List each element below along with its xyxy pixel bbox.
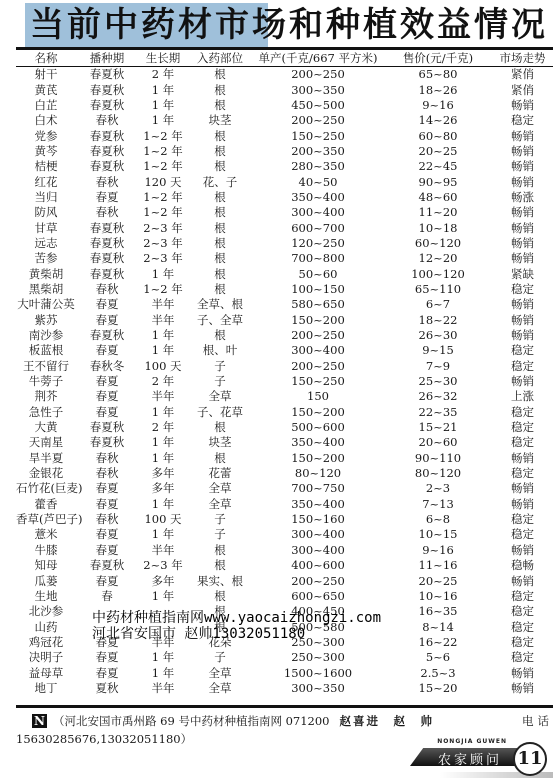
- table-cell: 多年: [138, 481, 188, 496]
- table-cell: 根: [188, 128, 252, 143]
- page-title: 当前中药材市场和种植效益情况: [0, 0, 553, 50]
- table-cell: 全草、根: [188, 297, 252, 312]
- table-cell: 稳定: [492, 619, 553, 634]
- table-cell: 700~750: [252, 481, 384, 496]
- table-cell: 畅销: [492, 159, 553, 174]
- table-cell: 60~80: [384, 128, 492, 143]
- table-cell: 200~250: [252, 113, 384, 128]
- table-row: 藿香春夏1 年全草350~4007~13畅销: [16, 497, 553, 512]
- table-cell: 益母草: [16, 665, 76, 680]
- table-cell: 1~2 年: [138, 190, 188, 205]
- table-cell: 黑柴胡: [16, 282, 76, 297]
- table-cell: 畅销: [492, 497, 553, 512]
- table-row: 防风春秋1~2 年根300~40011~20畅销: [16, 205, 553, 220]
- table-cell: 半年: [138, 297, 188, 312]
- table-cell: 90~95: [384, 174, 492, 189]
- table-cell: 150~250: [252, 374, 384, 389]
- table-cell: 1 年: [138, 451, 188, 466]
- table-cell: 16~22: [384, 635, 492, 650]
- table-cell: 春夏: [76, 313, 138, 328]
- table-cell: 春夏: [76, 481, 138, 496]
- table-cell: 1~2 年: [138, 144, 188, 159]
- table-cell: 20~60: [384, 435, 492, 450]
- table-cell: 稳定: [492, 420, 553, 435]
- table-row: 急性子春夏1 年子、花草150~20022~35稳定: [16, 405, 553, 420]
- column-header: 售价(元/千克): [384, 50, 492, 67]
- table-cell: 子: [188, 359, 252, 374]
- table-cell: 春夏秋: [76, 558, 138, 573]
- table-cell: 根: [188, 98, 252, 113]
- table-cell: 150~160: [252, 512, 384, 527]
- table-cell: 半年: [138, 543, 188, 558]
- table-cell: 春夏: [76, 543, 138, 558]
- table-cell: 春秋: [76, 512, 138, 527]
- table-cell: 果实、根: [188, 573, 252, 588]
- table-cell: 畅销: [492, 128, 553, 143]
- column-header: 播种期: [76, 50, 138, 67]
- table-cell: 稳定: [492, 635, 553, 650]
- watermark-line-1: 中药材种植指南网www.yaocaizhongzi.com: [92, 610, 381, 626]
- table-cell: 南沙参: [16, 328, 76, 343]
- table-row: 桔梗春夏秋1~2 年根280~35022~45畅销: [16, 159, 553, 174]
- footer-address: （河北安国市禹州路 69 号中药材种植指南网 071200: [53, 714, 330, 728]
- table-cell: 根: [188, 328, 252, 343]
- table-cell: 2 年: [138, 67, 188, 83]
- table-cell: 80~120: [252, 466, 384, 481]
- table-cell: 畅销: [492, 374, 553, 389]
- table-row: 牛膝春夏半年根300~4009~16畅销: [16, 543, 553, 558]
- table-cell: 2~3: [384, 481, 492, 496]
- column-header: 生长期: [138, 50, 188, 67]
- table-cell: 2~3 年: [138, 236, 188, 251]
- table-cell: 黄柴胡: [16, 266, 76, 281]
- table-cell: 根: [188, 236, 252, 251]
- table-row: 牛蒡子春夏2 年子150~25025~30畅销: [16, 374, 553, 389]
- table-cell: 畅销: [492, 573, 553, 588]
- table-cell: 春夏: [76, 665, 138, 680]
- footer-names: 赵喜进 赵 帅: [340, 714, 435, 728]
- table-cell: 2~3 年: [138, 251, 188, 266]
- table-cell: 春秋: [76, 451, 138, 466]
- table-cell: 10~18: [384, 220, 492, 235]
- table-cell: 350~400: [252, 435, 384, 450]
- table-cell: 12~20: [384, 251, 492, 266]
- table-cell: 北沙参: [16, 604, 76, 619]
- table-cell: 1~2 年: [138, 159, 188, 174]
- table-cell: 春夏秋: [76, 266, 138, 281]
- watermark: 中药材种植指南网www.yaocaizhongzi.com 河北省安国市 赵帅1…: [92, 610, 381, 642]
- table-cell: 稳定: [492, 359, 553, 374]
- table-cell: 子: [188, 650, 252, 665]
- table-cell: 畅销: [492, 174, 553, 189]
- table-cell: 根: [188, 144, 252, 159]
- table-cell: 1 年: [138, 405, 188, 420]
- table-cell: 9~15: [384, 343, 492, 358]
- table-cell: 2.5~3: [384, 665, 492, 680]
- table-cell: 大叶蒲公英: [16, 297, 76, 312]
- table-cell: 生地: [16, 589, 76, 604]
- table-cell: 1~2 年: [138, 205, 188, 220]
- n-badge-icon: N: [32, 714, 47, 728]
- table-cell: 畅销: [492, 297, 553, 312]
- table-cell: 300~350: [252, 681, 384, 696]
- table-row: 射干春夏秋2 年根200~25065~80紧俏: [16, 67, 553, 83]
- title-rest-text: 和种植效益情况: [289, 5, 548, 45]
- table-cell: 畅销: [492, 205, 553, 220]
- title-highlighted-text: 当前中药材市场: [30, 5, 289, 45]
- table-cell: 稳定: [492, 466, 553, 481]
- table-cell: 1 年: [138, 589, 188, 604]
- table-cell: 全草: [188, 497, 252, 512]
- table-cell: 春夏: [76, 389, 138, 404]
- table-cell: 春夏秋: [76, 420, 138, 435]
- table-cell: 稳定: [492, 512, 553, 527]
- table-row: 甘草春夏秋2~3 年根600~70010~18畅销: [16, 220, 553, 235]
- table-cell: 畅销: [492, 481, 553, 496]
- table-cell: 200~250: [252, 573, 384, 588]
- table-cell: 10~16: [384, 589, 492, 604]
- table-cell: 旱半夏: [16, 451, 76, 466]
- table-row: 紫苏春夏半年子、全草150~20018~22畅销: [16, 313, 553, 328]
- table-cell: 根: [188, 67, 252, 83]
- table-cell: 450~500: [252, 98, 384, 113]
- table-row: 金银花春秋多年花蕾80~12080~120稳定: [16, 466, 553, 481]
- table-cell: 200~250: [252, 67, 384, 83]
- table-cell: 26~30: [384, 328, 492, 343]
- table-cell: 甘草: [16, 220, 76, 235]
- table-cell: 射干: [16, 67, 76, 83]
- table-cell: 决明子: [16, 650, 76, 665]
- table-cell: 子、花草: [188, 405, 252, 420]
- table-cell: 春夏秋: [76, 82, 138, 97]
- table-cell: 1 年: [138, 113, 188, 128]
- watermark-line-2: 河北省安国市 赵帅13032051180: [92, 626, 381, 642]
- table-cell: 春秋: [76, 205, 138, 220]
- table-header-row: 名称播种期生长期入药部位单产(千克/667 平方米)售价(元/千克)市场走势: [16, 50, 553, 67]
- table-cell: 牛膝: [16, 543, 76, 558]
- table-cell: 大黄: [16, 420, 76, 435]
- table-cell: 稳定: [492, 113, 553, 128]
- column-header: 名称: [16, 50, 76, 67]
- table-cell: 5~6: [384, 650, 492, 665]
- table-cell: 根: [188, 190, 252, 205]
- table-cell: 根: [188, 543, 252, 558]
- table-cell: 根: [188, 558, 252, 573]
- table-cell: 藿香: [16, 497, 76, 512]
- table-cell: 7~13: [384, 497, 492, 512]
- table-cell: 山药: [16, 619, 76, 634]
- table-cell: 子: [188, 374, 252, 389]
- table-cell: 春夏: [76, 650, 138, 665]
- column-header: 单产(千克/667 平方米): [252, 50, 384, 67]
- table-cell: 上涨: [492, 389, 553, 404]
- table-cell: 1 年: [138, 497, 188, 512]
- table-cell: 根、叶: [188, 343, 252, 358]
- table-cell: 350~400: [252, 497, 384, 512]
- table-row: 大黄春夏秋2 年根500~60015~21稳定: [16, 420, 553, 435]
- table-cell: 牛蒡子: [16, 374, 76, 389]
- table-cell: 250~300: [252, 650, 384, 665]
- table-cell: 全草: [188, 481, 252, 496]
- table-cell: 块茎: [188, 113, 252, 128]
- table-cell: 春秋冬: [76, 359, 138, 374]
- table-cell: 300~400: [252, 543, 384, 558]
- table-cell: 畅销: [492, 451, 553, 466]
- table-cell: 稳定: [492, 435, 553, 450]
- table-cell: 香草(芦巴子): [16, 512, 76, 527]
- table-cell: 700~800: [252, 251, 384, 266]
- table-cell: 400~600: [252, 558, 384, 573]
- table-cell: 9~16: [384, 98, 492, 113]
- table-cell: 1500~1600: [252, 665, 384, 680]
- herb-market-table: 名称播种期生长期入药部位单产(千克/667 平方米)售价(元/千克)市场走势 射…: [16, 50, 553, 696]
- table-cell: 瓜蒌: [16, 573, 76, 588]
- table-cell: 半年: [138, 681, 188, 696]
- table-cell: 板蓝根: [16, 343, 76, 358]
- table-row: 香草(芦巴子)春秋100 天子150~1606~8稳定: [16, 512, 553, 527]
- table-cell: 白芷: [16, 98, 76, 113]
- table-cell: 200~250: [252, 359, 384, 374]
- table-cell: 1 年: [138, 527, 188, 542]
- table-cell: 100 天: [138, 512, 188, 527]
- table-cell: 畅销: [492, 543, 553, 558]
- table-cell: 80~120: [384, 466, 492, 481]
- table-cell: 26~32: [384, 389, 492, 404]
- table-cell: 春秋: [76, 282, 138, 297]
- table-cell: 稳定: [492, 589, 553, 604]
- table-cell: 春夏: [76, 527, 138, 542]
- table-cell: 22~35: [384, 405, 492, 420]
- table-cell: 块茎: [188, 435, 252, 450]
- table-cell: 子、全草: [188, 313, 252, 328]
- table-cell: 急性子: [16, 405, 76, 420]
- table-cell: 春夏秋: [76, 236, 138, 251]
- table-cell: 1~2 年: [138, 282, 188, 297]
- table-cell: 300~350: [252, 82, 384, 97]
- table-cell: 15~20: [384, 681, 492, 696]
- table-row: 白术春秋1 年块茎200~25014~26稳定: [16, 113, 553, 128]
- table-cell: 春夏: [76, 374, 138, 389]
- table-row: 苦参春夏秋2~3 年根700~80012~20畅销: [16, 251, 553, 266]
- table-cell: 王不留行: [16, 359, 76, 374]
- table-row: 党参春夏秋1~2 年根150~25060~80畅销: [16, 128, 553, 143]
- table-cell: 春秋: [76, 174, 138, 189]
- table-cell: 天南星: [16, 435, 76, 450]
- table-cell: 稳定: [492, 282, 553, 297]
- table-cell: 畅销: [492, 144, 553, 159]
- table-row: 生地春1 年根600~65010~16稳定: [16, 589, 553, 604]
- table-cell: 畅涨: [492, 190, 553, 205]
- table-cell: 畅销: [492, 236, 553, 251]
- table-cell: 11~16: [384, 558, 492, 573]
- table-cell: 根: [188, 205, 252, 220]
- table-cell: 春夏秋: [76, 128, 138, 143]
- table-cell: 当归: [16, 190, 76, 205]
- table-cell: 半年: [138, 389, 188, 404]
- table-cell: 7~9: [384, 359, 492, 374]
- brand-english: NONGJIA GUWEN: [437, 738, 507, 745]
- table-cell: 稳定: [492, 405, 553, 420]
- table-cell: 60~120: [384, 236, 492, 251]
- table-row: 知母春夏秋2~3 年根400~60011~16稳畅: [16, 558, 553, 573]
- table-cell: 18~26: [384, 82, 492, 97]
- table-row: 大叶蒲公英春夏半年全草、根580~6506~7畅销: [16, 297, 553, 312]
- table-cell: 2~3 年: [138, 558, 188, 573]
- page-number: 11: [513, 742, 547, 776]
- table-row: 南沙参春夏秋1 年根200~25026~30畅销: [16, 328, 553, 343]
- table-cell: 100~120: [384, 266, 492, 281]
- table-cell: 18~22: [384, 313, 492, 328]
- table-cell: 稳定: [492, 527, 553, 542]
- table-cell: 根: [188, 451, 252, 466]
- table-cell: 1 年: [138, 266, 188, 281]
- table-cell: 6~8: [384, 512, 492, 527]
- table-row: 薏米春夏1 年子300~40010~15稳定: [16, 527, 553, 542]
- table-cell: 畅销: [492, 328, 553, 343]
- table-cell: 黄芩: [16, 144, 76, 159]
- table-cell: 全草: [188, 665, 252, 680]
- table-cell: 鸡冠花: [16, 635, 76, 650]
- table-cell: 春秋: [76, 466, 138, 481]
- table-cell: 防风: [16, 205, 76, 220]
- table-cell: 580~650: [252, 297, 384, 312]
- bottom-rule: [16, 705, 553, 708]
- table-cell: 半年: [138, 313, 188, 328]
- table-cell: 300~400: [252, 343, 384, 358]
- table-row: 远志春夏秋2~3 年根120~25060~120畅销: [16, 236, 553, 251]
- table-cell: 25~30: [384, 374, 492, 389]
- column-header: 市场走势: [492, 50, 553, 67]
- table-cell: 春夏: [76, 297, 138, 312]
- magazine-brand: NONGJIA GUWEN 农家顾问 11: [410, 738, 553, 784]
- table-cell: 1 年: [138, 665, 188, 680]
- table-cell: 10~15: [384, 527, 492, 542]
- table-cell: 16~35: [384, 604, 492, 619]
- table-cell: 全草: [188, 681, 252, 696]
- table-row: 白芷春夏秋1 年根450~5009~16畅销: [16, 98, 553, 113]
- table-cell: 花、子: [188, 174, 252, 189]
- table-row: 黄芪春夏秋1 年根300~35018~26紧俏: [16, 82, 553, 97]
- table-row: 瓜蒌春夏多年果实、根200~25020~25畅销: [16, 573, 553, 588]
- table-cell: 党参: [16, 128, 76, 143]
- table-row: 益母草春夏1 年全草1500~16002.5~3畅销: [16, 665, 553, 680]
- table-cell: 根: [188, 589, 252, 604]
- table-cell: 畅销: [492, 665, 553, 680]
- table-cell: 紧俏: [492, 82, 553, 97]
- table-row: 决明子春夏1 年子250~3005~6稳定: [16, 650, 553, 665]
- table-body: 射干春夏秋2 年根200~25065~80紧俏黄芪春夏秋1 年根300~3501…: [16, 67, 553, 697]
- table-cell: 远志: [16, 236, 76, 251]
- table-cell: 150~200: [252, 451, 384, 466]
- table-cell: 春夏: [76, 573, 138, 588]
- table-cell: 春秋: [76, 113, 138, 128]
- table-cell: 65~110: [384, 282, 492, 297]
- table-cell: 稳定: [492, 604, 553, 619]
- table-cell: 春夏: [76, 190, 138, 205]
- table-cell: 2 年: [138, 420, 188, 435]
- table-cell: 全草: [188, 389, 252, 404]
- table-cell: 子: [188, 512, 252, 527]
- table-cell: 120~250: [252, 236, 384, 251]
- table-cell: 紧俏: [492, 67, 553, 83]
- table-cell: 500~600: [252, 420, 384, 435]
- table-cell: 300~400: [252, 527, 384, 542]
- table-cell: 根: [188, 282, 252, 297]
- table-cell: 600~700: [252, 220, 384, 235]
- table-cell: 1 年: [138, 650, 188, 665]
- table-cell: 多年: [138, 573, 188, 588]
- table-cell: 90~110: [384, 451, 492, 466]
- table-cell: 苦参: [16, 251, 76, 266]
- table-cell: 2 年: [138, 374, 188, 389]
- table-cell: 40~50: [252, 174, 384, 189]
- table-cell: 黄芪: [16, 82, 76, 97]
- table-cell: 14~26: [384, 113, 492, 128]
- table-cell: 280~350: [252, 159, 384, 174]
- table-cell: 春夏: [76, 405, 138, 420]
- table-row: 地丁夏秋半年全草300~35015~20畅销: [16, 681, 553, 696]
- table-row: 红花春秋120 天花、子40~5090~95畅销: [16, 174, 553, 189]
- table-row: 当归春夏1~2 年根350~40048~60畅涨: [16, 190, 553, 205]
- table-cell: 8~14: [384, 619, 492, 634]
- table-cell: 根: [188, 220, 252, 235]
- column-header: 入药部位: [188, 50, 252, 67]
- table-cell: 桔梗: [16, 159, 76, 174]
- table-cell: 350~400: [252, 190, 384, 205]
- table-cell: 120 天: [138, 174, 188, 189]
- table-row: 石竹花(巨麦)春夏多年全草700~7502~3畅销: [16, 481, 553, 496]
- table-row: 板蓝根春夏1 年根、叶300~4009~15稳定: [16, 343, 553, 358]
- table-cell: 300~400: [252, 205, 384, 220]
- table-row: 黄柴胡春夏秋1 年根50~60100~120紧缺: [16, 266, 553, 281]
- table-cell: 1 年: [138, 82, 188, 97]
- table-cell: 春夏: [76, 497, 138, 512]
- table-cell: 紫苏: [16, 313, 76, 328]
- table-cell: 畅销: [492, 251, 553, 266]
- table-cell: 春夏秋: [76, 98, 138, 113]
- table-cell: 春夏秋: [76, 67, 138, 83]
- table-cell: 畅销: [492, 98, 553, 113]
- table-cell: 15~21: [384, 420, 492, 435]
- table-row: 旱半夏春秋1 年根150~20090~110畅销: [16, 451, 553, 466]
- table-row: 王不留行春秋冬100 天子200~2507~9稳定: [16, 359, 553, 374]
- table-cell: 石竹花(巨麦): [16, 481, 76, 496]
- table-cell: 20~25: [384, 144, 492, 159]
- table-cell: 1~2 年: [138, 128, 188, 143]
- table-cell: 春夏秋: [76, 328, 138, 343]
- table-cell: 畅销: [492, 313, 553, 328]
- table-cell: 200~350: [252, 144, 384, 159]
- table-cell: 1 年: [138, 328, 188, 343]
- table-cell: 100~150: [252, 282, 384, 297]
- table-cell: 春: [76, 589, 138, 604]
- table-row: 黄芩春夏秋1~2 年根200~35020~25畅销: [16, 144, 553, 159]
- table-cell: 红花: [16, 174, 76, 189]
- table-cell: 地丁: [16, 681, 76, 696]
- table-row: 黑柴胡春秋1~2 年根100~15065~110稳定: [16, 282, 553, 297]
- table-cell: 畅销: [492, 220, 553, 235]
- table-cell: 2~3 年: [138, 220, 188, 235]
- table-cell: 根: [188, 266, 252, 281]
- table-cell: 春夏秋: [76, 144, 138, 159]
- table-cell: 春夏秋: [76, 159, 138, 174]
- table-cell: 紧缺: [492, 266, 553, 281]
- table-cell: 根: [188, 159, 252, 174]
- table-cell: 根: [188, 251, 252, 266]
- table-cell: 春夏秋: [76, 220, 138, 235]
- table-cell: 畅销: [492, 681, 553, 696]
- table-cell: 11~20: [384, 205, 492, 220]
